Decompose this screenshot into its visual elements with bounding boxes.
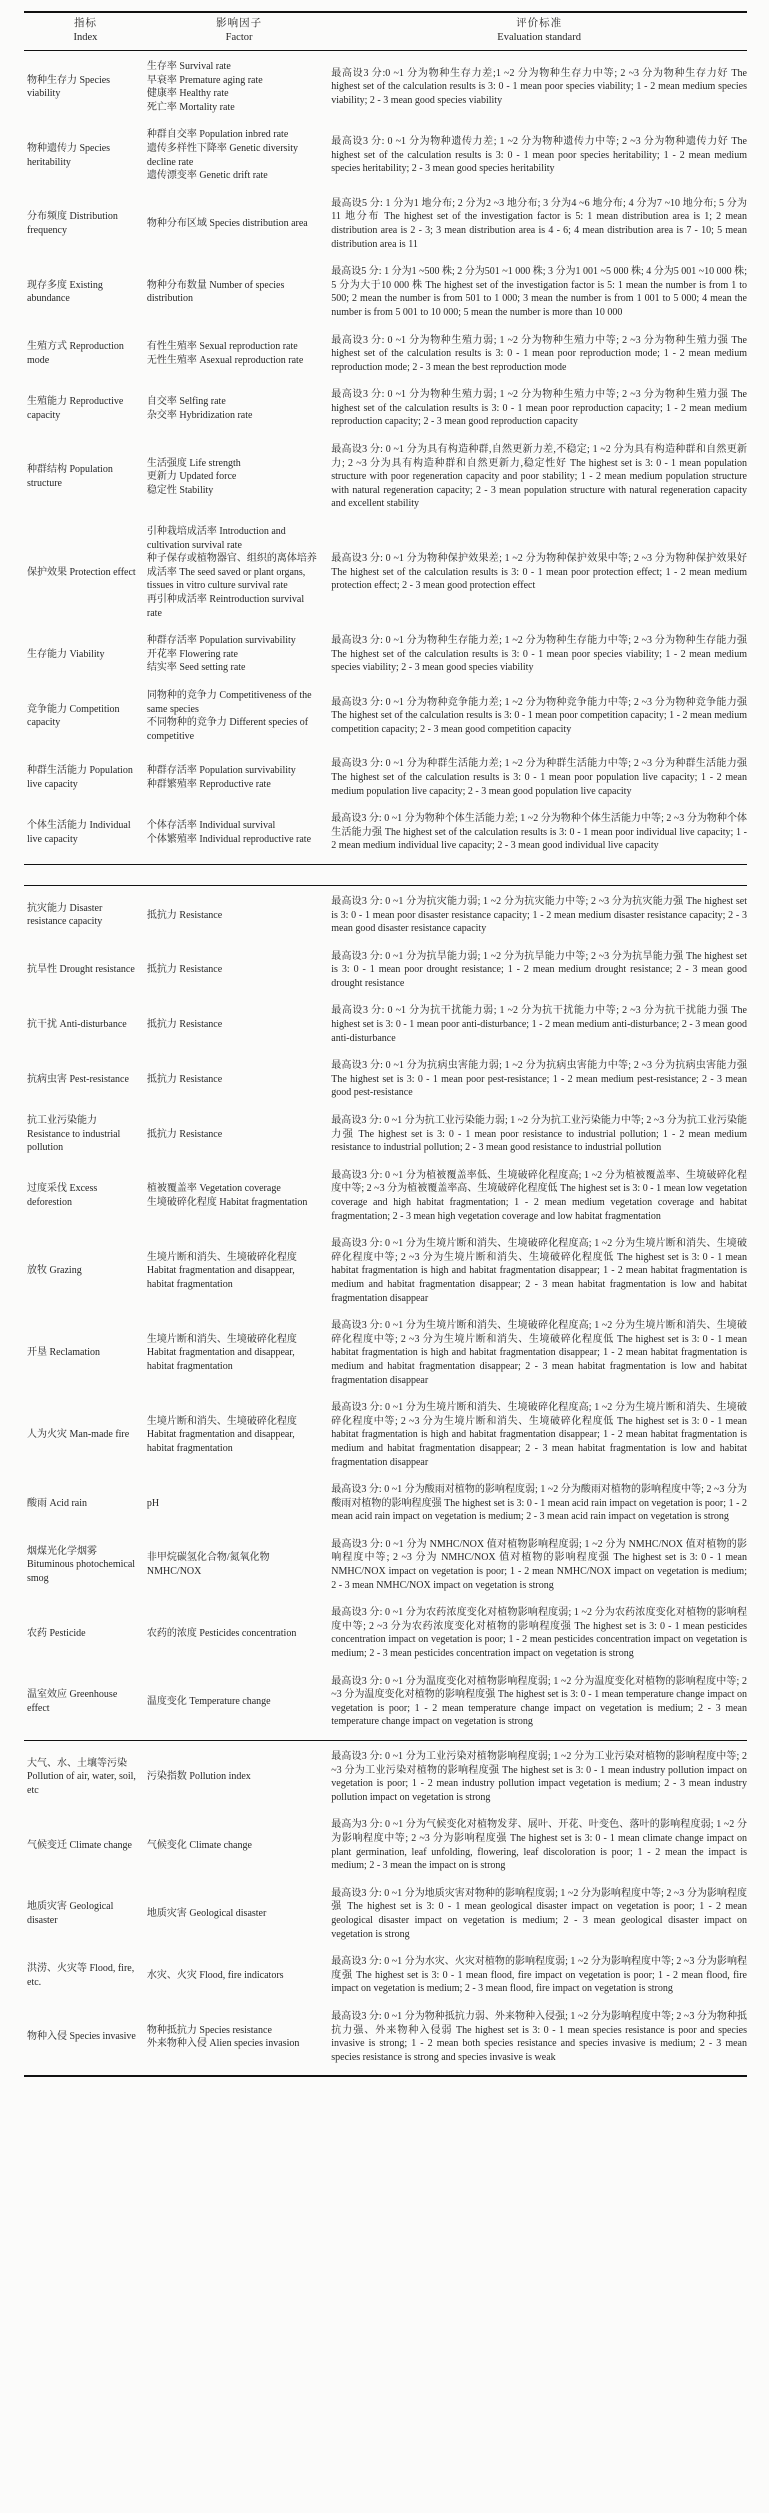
header-factor-zh: 影响因子 xyxy=(147,17,331,31)
index-cell: 农药 Pesticide xyxy=(24,1627,147,1641)
factor-cell: 引种栽培成活率 Introduction and cultivation sur… xyxy=(147,525,331,620)
index-cell: 抗工业污染能力 Resistance to industrial polluti… xyxy=(24,1114,147,1155)
factor-item: 抵抗力 Resistance xyxy=(147,963,321,977)
factor-cell: 抵抗力 Resistance xyxy=(147,963,331,977)
index-cell: 酸雨 Acid rain xyxy=(24,1497,147,1511)
factor-cell: 种群存活率 Population survivability开花率 Flower… xyxy=(147,634,331,675)
index-cell: 生存能力 Viability xyxy=(24,648,147,662)
table-row: 抗病虫害 Pest-resistance抵抗力 Resistance最高设3 分… xyxy=(24,1052,747,1107)
factor-cell: 自交率 Selfing rate杂交率 Hybridization rate xyxy=(147,395,331,422)
factor-cell: 个体存活率 Individual survival个体繁殖率 Individua… xyxy=(147,819,331,846)
table-row: 放牧 Grazing生境片断和消失、生境破碎化程度 Habitat fragme… xyxy=(24,1230,747,1312)
factor-item: 种群繁殖率 Reproductive rate xyxy=(147,778,321,792)
factor-item: 遗传漂变率 Genetic drift rate xyxy=(147,169,321,183)
index-cell: 生殖能力 Reproductive capacity xyxy=(24,395,147,422)
factor-cell: 抵抗力 Resistance xyxy=(147,1018,331,1032)
table-row: 地质灾害 Geological disaster地质灾害 Geological … xyxy=(24,1880,747,1948)
table-section-resistance-and-human-disturbance: 抗灾能力 Disaster resistance capacity抵抗力 Res… xyxy=(24,885,747,1741)
standard-cell: 最高设3 分: 0 ~1 分为生境片断和消失、生境破碎化程度高; 1 ~2 分为… xyxy=(331,1237,747,1305)
factor-item: 引种栽培成活率 Introduction and cultivation sur… xyxy=(147,525,321,552)
standard-cell: 最高设3 分: 0 ~1 分为生境片断和消失、生境破碎化程度高; 1 ~2 分为… xyxy=(331,1319,747,1387)
factor-item: 死亡率 Mortality rate xyxy=(147,101,321,115)
factor-item: 个体繁殖率 Individual reproductive rate xyxy=(147,833,321,847)
standard-cell: 最高设3 分: 0 ~1 分为种群生活能力差; 1 ~2 分为种群生活能力中等;… xyxy=(331,757,747,798)
factor-item: 抵抗力 Resistance xyxy=(147,909,321,923)
standard-cell: 最高设3 分: 0 ~1 分为物种遗传力差; 1 ~2 分为物种遗传力中等; 2… xyxy=(331,135,747,176)
header-standard-zh: 评价标准 xyxy=(331,17,747,31)
index-cell: 分布频度 Distribution frequency xyxy=(24,210,147,237)
standard-cell: 最高设3 分: 0 ~1 分为物种竞争能力差; 1 ~2 分为物种竞争能力中等;… xyxy=(331,696,747,737)
standard-cell: 最高设3 分: 0 ~1 分为物种个体生活能力差; 1 ~2 分为物种个体生活能… xyxy=(331,812,747,853)
index-cell: 保护效果 Protection effect xyxy=(24,566,147,580)
factor-cell: 农药的浓度 Pesticides concentration xyxy=(147,1627,331,1641)
table-row: 生存能力 Viability种群存活率 Population survivabi… xyxy=(24,627,747,682)
index-cell: 抗灾能力 Disaster resistance capacity xyxy=(24,902,147,929)
factor-item: 抵抗力 Resistance xyxy=(147,1073,321,1087)
standard-cell: 最高设3 分: 0 ~1 分为抗工业污染能力弱; 1 ~2 分为抗工业污染能力中… xyxy=(331,1114,747,1155)
factor-cell: 抵抗力 Resistance xyxy=(147,1073,331,1087)
index-cell: 物种入侵 Species invasive xyxy=(24,2030,147,2044)
index-cell: 现存多度 Existing abundance xyxy=(24,279,147,306)
factor-item: 物种抵抗力 Species resistance xyxy=(147,2024,321,2038)
factor-cell: 温度变化 Temperature change xyxy=(147,1695,331,1709)
index-cell: 抗病虫害 Pest-resistance xyxy=(24,1073,147,1087)
table-row: 大气、水、土壤等污染 Pollution of air, water, soil… xyxy=(24,1743,747,1811)
factor-item: 同物种的竞争力 Competitiveness of the same spec… xyxy=(147,689,321,716)
factor-cell: 生境片断和消失、生境破碎化程度 Habitat fragmentation an… xyxy=(147,1333,331,1374)
header-index: 指标 Index xyxy=(24,17,147,45)
factor-item: 不同物种的竞争力 Different species of competitiv… xyxy=(147,716,321,743)
standard-cell: 最高设3 分: 0 ~1 分为抗病虫害能力弱; 1 ~2 分为抗病虫害能力中等;… xyxy=(331,1059,747,1100)
header-index-zh: 指标 xyxy=(24,17,147,31)
factor-cell: 地质灾害 Geological disaster xyxy=(147,1907,331,1921)
standard-cell: 最高设3 分: 0 ~1 分为物种生殖力弱; 1 ~2 分为物种生殖力中等; 2… xyxy=(331,334,747,375)
factor-item: 生存率 Survival rate xyxy=(147,60,321,74)
index-cell: 种群生活能力 Population live capacity xyxy=(24,764,147,791)
factor-item: 生境破碎化程度 Habitat fragmentation xyxy=(147,1196,321,1210)
standard-cell: 最高设3 分: 0 ~1 分为工业污染对植物影响程度弱; 1 ~2 分为工业污染… xyxy=(331,1750,747,1804)
factor-item: 污染指数 Pollution index xyxy=(147,1770,321,1784)
factor-item: 温度变化 Temperature change xyxy=(147,1695,321,1709)
factor-item: pH xyxy=(147,1497,321,1511)
factor-cell: 污染指数 Pollution index xyxy=(147,1770,331,1784)
factor-item: 种子保存或植物器官、组织的离体培养成活率 The seed saved or p… xyxy=(147,552,321,593)
table-row: 保护效果 Protection effect引种栽培成活率 Introducti… xyxy=(24,518,747,627)
factor-item: 有性生殖率 Sexual reproduction rate xyxy=(147,340,321,354)
index-cell: 物种遗传力 Species heritability xyxy=(24,142,147,169)
header-index-en: Index xyxy=(24,31,147,45)
index-cell: 温室效应 Greenhouse effect xyxy=(24,1688,147,1715)
table-section-environmental-change: 大气、水、土壤等污染 Pollution of air, water, soil… xyxy=(24,1741,747,2077)
table-row: 农药 Pesticide农药的浓度 Pesticides concentrati… xyxy=(24,1599,747,1667)
index-cell: 开垦 Reclamation xyxy=(24,1346,147,1360)
index-cell: 洪涝、火灾等 Flood, fire, etc. xyxy=(24,1962,147,1989)
standard-cell: 最高设3 分: 0 ~1 分为植被覆盖率低、生境破碎化程度高; 1 ~2 分为植… xyxy=(331,1169,747,1223)
table-row: 洪涝、火灾等 Flood, fire, etc.水灾、火灾 Flood, fir… xyxy=(24,1948,747,2003)
factor-item: 农药的浓度 Pesticides concentration xyxy=(147,1627,321,1641)
factor-item: 更新力 Updated force xyxy=(147,470,321,484)
factor-item: 开花率 Flowering rate xyxy=(147,648,321,662)
index-cell: 地质灾害 Geological disaster xyxy=(24,1900,147,1927)
header-standard: 评价标准 Evaluation standard xyxy=(331,17,747,45)
factor-item: 个体存活率 Individual survival xyxy=(147,819,321,833)
factor-item: 生境片断和消失、生境破碎化程度 Habitat fragmentation an… xyxy=(147,1333,321,1374)
factor-item: 物种分布数量 Number of species distribution xyxy=(147,279,321,306)
index-cell: 大气、水、土壤等污染 Pollution of air, water, soil… xyxy=(24,1757,147,1798)
standard-cell: 最高设5 分: 1 分为1 ~500 株; 2 分为501 ~1 000 株; … xyxy=(331,265,747,319)
factor-item: 外来物种入侵 Alien species invasion xyxy=(147,2037,321,2051)
table-body: 物种生存力 Species viability生存率 Survival rate… xyxy=(24,51,747,2077)
factor-item: 物种分布区域 Species distribution area xyxy=(147,217,321,231)
factor-item: 健康率 Healthy rate xyxy=(147,87,321,101)
factor-item: 稳定性 Stability xyxy=(147,484,321,498)
index-cell: 物种生存力 Species viability xyxy=(24,74,147,101)
table-row: 生殖方式 Reproduction mode有性生殖率 Sexual repro… xyxy=(24,327,747,382)
factor-cell: 生活强度 Life strength更新力 Updated force稳定性 S… xyxy=(147,457,331,498)
index-cell: 抗旱性 Drought resistance xyxy=(24,963,147,977)
table-row: 抗旱性 Drought resistance抵抗力 Resistance最高设3… xyxy=(24,943,747,998)
factor-item: 无性生殖率 Asexual reproduction rate xyxy=(147,354,321,368)
table-row: 酸雨 Acid rainpH最高设3 分: 0 ~1 分为酸雨对植物的影响程度弱… xyxy=(24,1476,747,1531)
factor-cell: 生存率 Survival rate早衰率 Premature aging rat… xyxy=(147,60,331,114)
standard-cell: 最高设3 分: 0 ~1 分为农药浓度变化对植物影响程度弱; 1 ~2 分为农药… xyxy=(331,1606,747,1660)
standard-cell: 最高设3 分:0 ~1 分为物种生存力差;1 ~2 分为物种生存力中等; 2 ~… xyxy=(331,67,747,108)
table-row: 种群结构 Population structure生活强度 Life stren… xyxy=(24,436,747,518)
factor-cell: 物种分布区域 Species distribution area xyxy=(147,217,331,231)
factor-cell: 水灾、火灾 Flood, fire indicators xyxy=(147,1969,331,1983)
table-row: 生殖能力 Reproductive capacity自交率 Selfing ra… xyxy=(24,381,747,436)
standard-cell: 最高设3 分: 0 ~1 分为抗旱能力弱; 1 ~2 分为抗旱能力中等; 2 ~… xyxy=(331,950,747,991)
factor-cell: 抵抗力 Resistance xyxy=(147,909,331,923)
standard-cell: 最高设3 分: 0 ~1 分为物种生存能力差; 1 ~2 分为物种生存能力中等;… xyxy=(331,634,747,675)
table-row: 物种遗传力 Species heritability种群自交率 Populati… xyxy=(24,121,747,189)
header-factor: 影响因子 Factor xyxy=(147,17,331,45)
standard-cell: 最高设3 分: 0 ~1 分为酸雨对植物的影响程度弱; 1 ~2 分为酸雨对植物… xyxy=(331,1483,747,1524)
document-page: 指标 Index 影响因子 Factor 评价标准 Evaluation sta… xyxy=(0,0,769,2091)
index-cell: 个体生活能力 Individual live capacity xyxy=(24,819,147,846)
factor-cell: pH xyxy=(147,1497,331,1511)
table-row: 烟煤光化学烟雾 Bituminous photochemical smog非甲烷… xyxy=(24,1531,747,1599)
standard-cell: 最高为3 分: 0 ~1 分为气候变化对植物发芽、展叶、开花、叶变色、落叶的影响… xyxy=(331,1818,747,1872)
standard-cell: 最高设3 分: 0 ~1 分为抗灾能力弱; 1 ~2 分为抗灾能力中等; 2 ~… xyxy=(331,895,747,936)
table-row: 个体生活能力 Individual live capacity个体存活率 Ind… xyxy=(24,805,747,860)
factor-item: 再引种成活率 Reintroduction survival rate xyxy=(147,593,321,620)
factor-cell: 生境片断和消失、生境破碎化程度 Habitat fragmentation an… xyxy=(147,1251,331,1292)
factor-cell: 种群自交率 Population inbred rate遗传多样性下降率 Gen… xyxy=(147,128,331,182)
header-standard-en: Evaluation standard xyxy=(331,31,747,45)
section-break-gap xyxy=(24,865,747,885)
factor-item: 自交率 Selfing rate xyxy=(147,395,321,409)
standard-cell: 最高设3 分: 0 ~1 分为地质灾害对物种的影响程度弱; 1 ~2 分为影响程… xyxy=(331,1887,747,1941)
standard-cell: 最高设3 分: 0 ~1 分为水灾、火灾对植物的影响程度弱; 1 ~2 分为影响… xyxy=(331,1955,747,1996)
standard-cell: 最高设3 分: 0 ~1 分为抗干扰能力弱; 1 ~2 分为抗干扰能力中等; 2… xyxy=(331,1004,747,1045)
index-cell: 烟煤光化学烟雾 Bituminous photochemical smog xyxy=(24,1545,147,1586)
evaluation-standard-table: 指标 Index 影响因子 Factor 评价标准 Evaluation sta… xyxy=(24,11,747,2077)
factor-item: 结实率 Seed setting rate xyxy=(147,661,321,675)
factor-cell: 抵抗力 Resistance xyxy=(147,1128,331,1142)
index-cell: 竞争能力 Competition capacity xyxy=(24,703,147,730)
table-row: 种群生活能力 Population live capacity种群存活率 Pop… xyxy=(24,750,747,805)
factor-cell: 有性生殖率 Sexual reproduction rate无性生殖率 Asex… xyxy=(147,340,331,367)
factor-item: 种群自交率 Population inbred rate xyxy=(147,128,321,142)
factor-item: 遗传多样性下降率 Genetic diversity decline rate xyxy=(147,142,321,169)
table-row: 物种入侵 Species invasive物种抵抗力 Species resis… xyxy=(24,2003,747,2071)
table-row: 气候变迁 Climate change气候变化 Climate change最高… xyxy=(24,1811,747,1879)
index-cell: 种群结构 Population structure xyxy=(24,463,147,490)
standard-cell: 最高设3 分: 0 ~1 分为物种保护效果差; 1 ~2 分为物种保护效果中等;… xyxy=(331,552,747,593)
standard-cell: 最高设5 分: 1 分为1 地分布; 2 分为2 ~3 地分布; 3 分为4 ~… xyxy=(331,197,747,251)
table-section-biological-indicators: 物种生存力 Species viability生存率 Survival rate… xyxy=(24,51,747,865)
table-row: 竞争能力 Competition capacity同物种的竞争力 Competi… xyxy=(24,682,747,750)
factor-cell: 同物种的竞争力 Competitiveness of the same spec… xyxy=(147,689,331,743)
table-row: 过度采伐 Excess deforestion植被覆盖率 Vegetation … xyxy=(24,1162,747,1230)
table-row: 分布频度 Distribution frequency物种分布区域 Specie… xyxy=(24,190,747,258)
standard-cell: 最高设3 分: 0 ~1 分为 NMHC/NOX 值对植物影响程度弱; 1 ~2… xyxy=(331,1538,747,1592)
index-cell: 气候变迁 Climate change xyxy=(24,1839,147,1853)
factor-item: 植被覆盖率 Vegetation coverage xyxy=(147,1182,321,1196)
factor-item: 杂交率 Hybridization rate xyxy=(147,409,321,423)
standard-cell: 最高设3 分: 0 ~1 分为生境片断和消失、生境破碎化程度高; 1 ~2 分为… xyxy=(331,1401,747,1469)
factor-item: 抵抗力 Resistance xyxy=(147,1018,321,1032)
standard-cell: 最高设3 分: 0 ~1 分为具有构造种群,自然更新力差,不稳定; 1 ~2 分… xyxy=(331,443,747,511)
factor-item: 非甲烷碳氢化合物/氮氧化物 NMHC/NOX xyxy=(147,1551,321,1578)
table-row: 抗灾能力 Disaster resistance capacity抵抗力 Res… xyxy=(24,888,747,943)
factor-item: 种群存活率 Population survivability xyxy=(147,764,321,778)
index-cell: 人为火灾 Man-made fire xyxy=(24,1428,147,1442)
factor-item: 种群存活率 Population survivability xyxy=(147,634,321,648)
table-row: 现存多度 Existing abundance物种分布数量 Number of … xyxy=(24,258,747,326)
factor-item: 水灾、火灾 Flood, fire indicators xyxy=(147,1969,321,1983)
table-row: 抗干扰 Anti-disturbance抵抗力 Resistance最高设3 分… xyxy=(24,997,747,1052)
factor-item: 抵抗力 Resistance xyxy=(147,1128,321,1142)
factor-cell: 非甲烷碳氢化合物/氮氧化物 NMHC/NOX xyxy=(147,1551,331,1578)
table-header-row: 指标 Index 影响因子 Factor 评价标准 Evaluation sta… xyxy=(24,11,747,51)
factor-item: 气候变化 Climate change xyxy=(147,1839,321,1853)
table-row: 温室效应 Greenhouse effect温度变化 Temperature c… xyxy=(24,1668,747,1736)
factor-cell: 气候变化 Climate change xyxy=(147,1839,331,1853)
table-row: 人为火灾 Man-made fire生境片断和消失、生境破碎化程度 Habita… xyxy=(24,1394,747,1476)
index-cell: 放牧 Grazing xyxy=(24,1264,147,1278)
factor-cell: 物种抵抗力 Species resistance外来物种入侵 Alien spe… xyxy=(147,2024,331,2051)
factor-item: 生境片断和消失、生境破碎化程度 Habitat fragmentation an… xyxy=(147,1251,321,1292)
header-factor-en: Factor xyxy=(147,31,331,45)
index-cell: 生殖方式 Reproduction mode xyxy=(24,340,147,367)
factor-item: 早衰率 Premature aging rate xyxy=(147,74,321,88)
factor-cell: 生境片断和消失、生境破碎化程度 Habitat fragmentation an… xyxy=(147,1415,331,1456)
factor-item: 生活强度 Life strength xyxy=(147,457,321,471)
table-row: 物种生存力 Species viability生存率 Survival rate… xyxy=(24,53,747,121)
factor-cell: 植被覆盖率 Vegetation coverage生境破碎化程度 Habitat… xyxy=(147,1182,331,1209)
factor-item: 生境片断和消失、生境破碎化程度 Habitat fragmentation an… xyxy=(147,1415,321,1456)
factor-cell: 物种分布数量 Number of species distribution xyxy=(147,279,331,306)
index-cell: 过度采伐 Excess deforestion xyxy=(24,1182,147,1209)
table-row: 抗工业污染能力 Resistance to industrial polluti… xyxy=(24,1107,747,1162)
standard-cell: 最高设3 分: 0 ~1 分为温度变化对植物影响程度弱; 1 ~2 分为温度变化… xyxy=(331,1675,747,1729)
index-cell: 抗干扰 Anti-disturbance xyxy=(24,1018,147,1032)
standard-cell: 最高设3 分: 0 ~1 分为物种抵抗力弱、外来物种入侵强; 1 ~2 分为影响… xyxy=(331,2010,747,2064)
factor-item: 地质灾害 Geological disaster xyxy=(147,1907,321,1921)
table-row: 开垦 Reclamation生境片断和消失、生境破碎化程度 Habitat fr… xyxy=(24,1312,747,1394)
standard-cell: 最高设3 分: 0 ~1 分为物种生殖力弱; 1 ~2 分为物种生殖力中等; 2… xyxy=(331,388,747,429)
factor-cell: 种群存活率 Population survivability种群繁殖率 Repr… xyxy=(147,764,331,791)
